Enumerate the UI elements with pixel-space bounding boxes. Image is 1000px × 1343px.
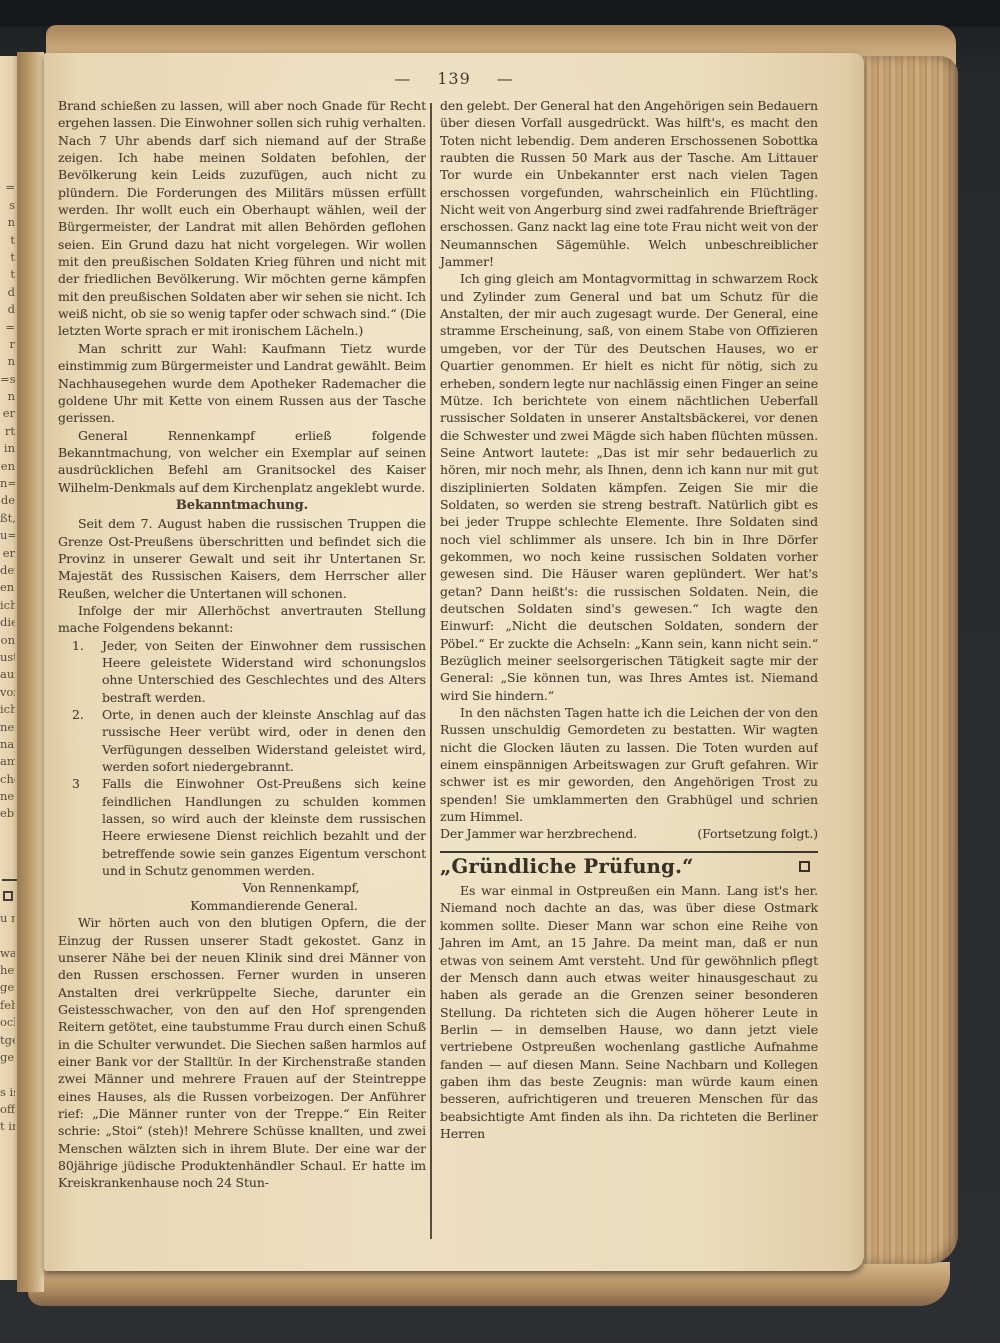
edge-fragment: =	[0, 319, 15, 336]
edge-fragment: ebt	[0, 805, 15, 822]
article-title: „Gründliche Prüfung.“	[440, 858, 694, 875]
edge-fragment	[0, 1066, 15, 1083]
page-number-dash-left: —	[394, 69, 411, 88]
decree-item-3: 3 Falls die Einwohner Ost-Preußens sich …	[58, 775, 426, 879]
paragraph-continuation: Brand schießen zu lassen, will aber noch…	[58, 97, 426, 340]
edge-fragments: =sntttdd=rn=snerrtinenn=deßt,u=erderen,i…	[0, 56, 17, 1136]
paragraph-leichen-last-line: Der Jammer war herzbrechend. (Fortsetzun…	[440, 825, 818, 842]
article-header: „Gründliche Prüfung.“	[440, 858, 818, 875]
edge-fragment: u=	[0, 527, 15, 544]
signature-line-1: Von Rennenkampf,	[58, 879, 426, 896]
edge-fragment: d	[0, 284, 15, 301]
edge-fragment: vor	[0, 684, 15, 701]
paragraph-infolge: Infolge der mir Allerhöchst anvertrauten…	[58, 602, 426, 637]
edge-fragment: t	[0, 249, 15, 266]
edge-fragment: r	[0, 336, 15, 353]
edge-fragment: na=	[0, 736, 15, 753]
table-surface-top	[0, 0, 1000, 27]
edge-fragment	[0, 823, 15, 840]
edge-fragment: en,	[0, 579, 15, 596]
edge-fragment: s ist	[0, 1084, 15, 1101]
book-scan-scene: =sntttdd=rn=snerrtinenn=deßt,u=erderen,i…	[0, 0, 1000, 1343]
book-fore-edge	[862, 56, 958, 1264]
paragraph-general-besuch: Ich ging gleich am Montagvormittag in sc…	[440, 270, 818, 704]
last-line-left-text: Der Jammer war herzbrechend.	[440, 825, 637, 842]
article-square-marker-icon	[799, 861, 810, 872]
page-number: — 139 —	[44, 69, 864, 88]
continuation-note: (Fortsetzung folgt.)	[697, 825, 818, 842]
edge-fragment: t	[0, 266, 15, 283]
right-column: den gelebt. Der General hat den Angehöri…	[438, 97, 818, 1249]
column-divider	[430, 103, 432, 1239]
page: — 139 — Brand schießen zu lassen, will a…	[44, 53, 864, 1271]
section-heading-bekanntmachung: Bekanntmachung.	[58, 497, 426, 514]
edge-fragment: =	[0, 179, 15, 196]
edge-fragment: che,	[0, 771, 15, 788]
edge-fragment: in	[0, 440, 15, 457]
decree-item-3-text: Falls die Einwohner Ost-Preußens sich ke…	[102, 776, 426, 878]
decree-item-2: 2. Orte, in denen auch der kleinste Ansc…	[58, 706, 426, 775]
edge-fragment: auf=	[0, 666, 15, 683]
decree-item-2-number: 2.	[72, 706, 84, 723]
edge-fragment: de	[0, 492, 15, 509]
edge-fragment: nen	[0, 719, 15, 736]
edge-fragment: =s	[0, 371, 15, 388]
edge-fragment	[0, 927, 15, 944]
edge-fragment: fehl	[0, 997, 15, 1014]
article-separator-rule	[440, 851, 818, 853]
edge-fragment	[0, 875, 15, 892]
edge-fragment: offen	[0, 1101, 15, 1118]
edge-fragment: ßt,	[0, 510, 15, 527]
edge-fragment: on	[0, 632, 15, 649]
paragraph-leichen: In den nächsten Tagen hatte ich die Leic…	[440, 704, 818, 825]
edge-fragment: am	[0, 753, 15, 770]
edge-fragment: was	[0, 945, 15, 962]
edge-fragment: er	[0, 545, 15, 562]
paragraph-bekanntmachung-intro: General Rennenkampf erließ folgende Beka…	[58, 427, 426, 496]
text-columns: Brand schießen zu lassen, will aber noch…	[58, 97, 850, 1257]
signature-line-2: Kommandierende General.	[58, 897, 426, 914]
book-gutter-shadow	[17, 52, 44, 1292]
page-number-dash-right: —	[497, 69, 514, 88]
previous-page-edge: =sntttdd=rn=snerrtinenn=deßt,u=erderen,i…	[0, 56, 17, 1280]
edge-fragment: ne:	[0, 788, 15, 805]
edge-fragment: d	[0, 301, 15, 318]
edge-fragment: n	[0, 214, 15, 231]
paragraph-wahl: Man schritt zur Wahl: Kaufmann Tietz wur…	[58, 340, 426, 427]
previous-page-square-marker-icon	[3, 891, 13, 901]
edge-fragment: u n.	[0, 910, 15, 927]
edge-fragment: ust	[0, 649, 15, 666]
edge-fragment: n=	[0, 475, 15, 492]
edge-fragment: n	[0, 388, 15, 405]
decree-item-3-number: 3	[72, 775, 80, 792]
edge-fragment: s	[0, 197, 15, 214]
edge-fragment: der	[0, 562, 15, 579]
decree-item-1-text: Jeder, von Seiten der Einwohner dem russ…	[102, 638, 426, 705]
edge-fragment	[0, 858, 15, 875]
edge-fragment: n	[0, 353, 15, 370]
edge-fragment: ich	[0, 597, 15, 614]
previous-page-rule	[2, 879, 17, 881]
edge-fragment: rt	[0, 423, 15, 440]
edge-fragment: die	[0, 614, 15, 631]
edge-fragment: t in	[0, 1118, 15, 1135]
decree-item-2-text: Orte, in denen auch der kleinste Anschla…	[102, 707, 426, 774]
paragraph-seit-august: Seit dem 7. August haben die russischen …	[58, 515, 426, 602]
left-column: Brand schießen zu lassen, will aber noch…	[58, 97, 426, 1249]
edge-fragment: gen=	[0, 979, 15, 996]
edge-fragment: hen	[0, 962, 15, 979]
edge-fragment: er	[0, 405, 15, 422]
decree-item-1: 1. Jeder, von Seiten der Einwohner dem r…	[58, 637, 426, 706]
paragraph-es-war: Es war einmal in Ostpreußen ein Mann. La…	[440, 882, 818, 1142]
page-number-value: 139	[437, 69, 471, 88]
edge-fragment	[0, 840, 15, 857]
paragraph-opfer: Wir hörten auch von den blutigen Opfern,…	[58, 914, 426, 1192]
edge-fragment: tge=	[0, 1032, 15, 1049]
paragraph-den-gelebt: den gelebt. Der General hat den Angehöri…	[440, 97, 818, 270]
edge-fragment	[0, 162, 15, 179]
decree-item-1-number: 1.	[72, 637, 84, 654]
edge-fragment: en	[0, 458, 15, 475]
edge-fragment: ocken	[0, 1014, 15, 1031]
edge-fragment: ich,	[0, 701, 15, 718]
edge-fragment: t	[0, 232, 15, 249]
edge-fragment: ge=	[0, 1049, 15, 1066]
